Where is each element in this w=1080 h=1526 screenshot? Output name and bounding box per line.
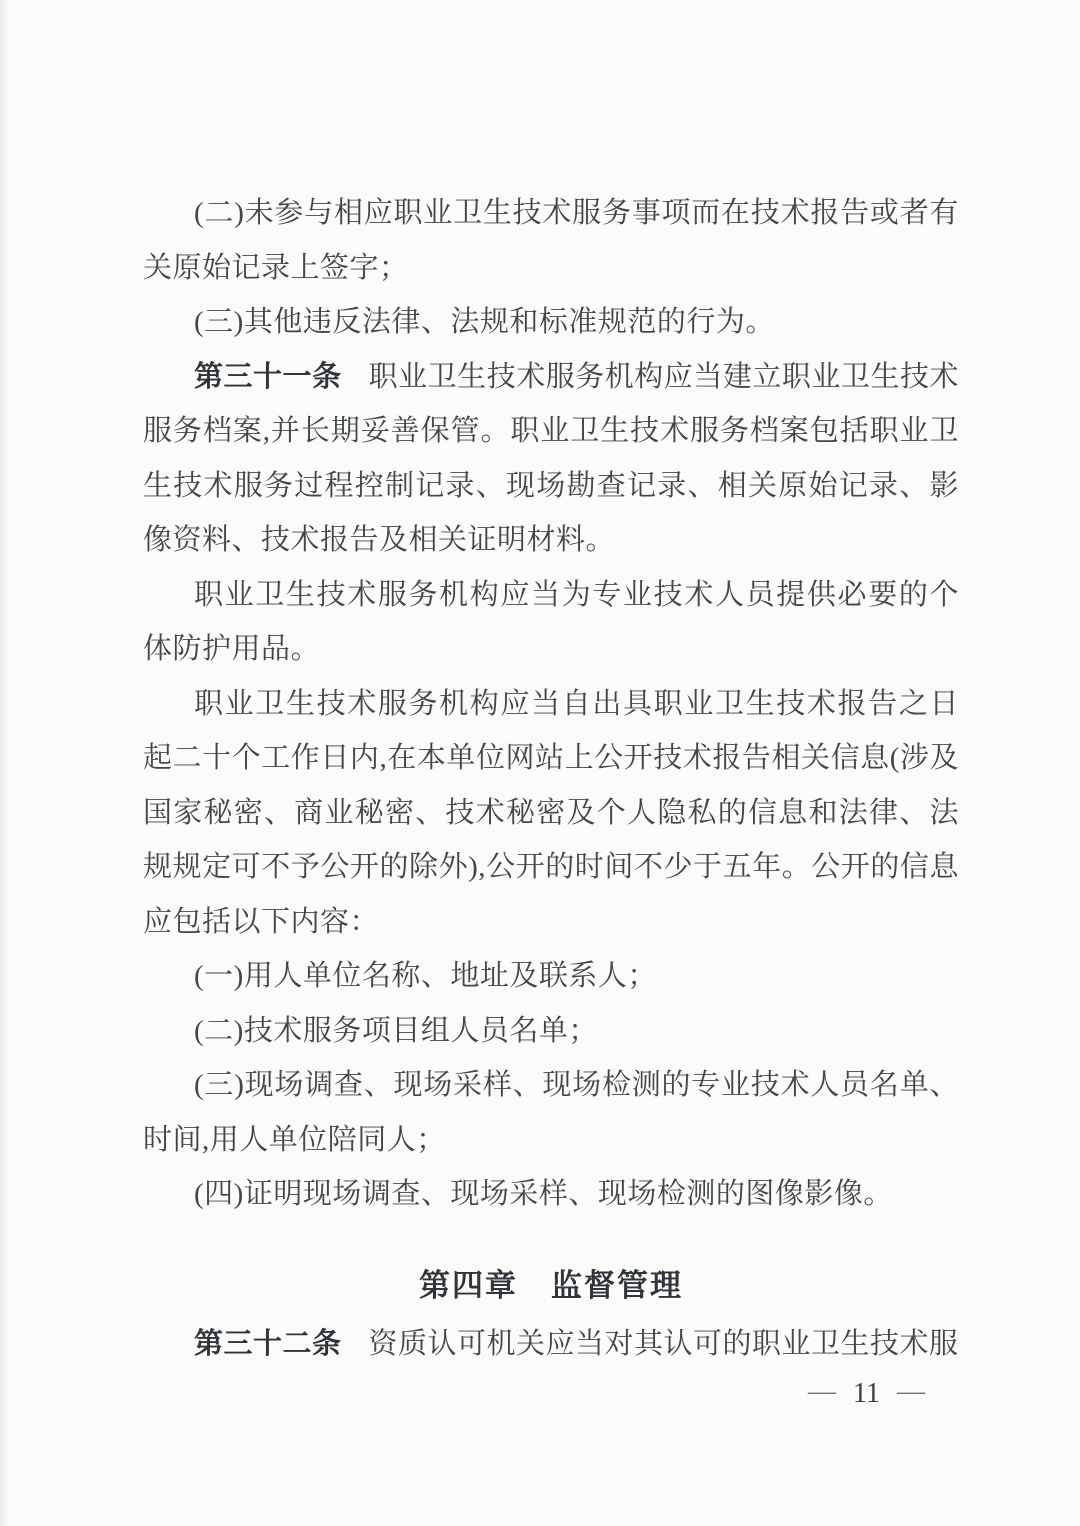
- paragraph: 职业卫生技术服务机构应当为专业技术人员提供必要的个体防护用品。: [143, 568, 959, 677]
- paragraph: 第三十一条职业卫生技术服务机构应当建立职业卫生技术服务档案,并长期妥善保管。职业…: [143, 350, 959, 568]
- paragraph: (三)其他违反法律、法规和标准规范的行为。: [143, 295, 959, 350]
- paragraph: (三)现场调查、现场采样、现场检测的专业技术人员名单、时间,用人单位陪同人；: [143, 1058, 959, 1167]
- footer-dash-left: —: [808, 1376, 836, 1408]
- paragraph: (二)技术服务项目组人员名单；: [143, 1004, 959, 1059]
- page-number: 11: [853, 1378, 880, 1410]
- article-number: 第三十一条: [194, 361, 342, 393]
- page-footer: — 11 —: [808, 1378, 925, 1410]
- chapter-heading: 第四章 监督管理: [143, 1259, 959, 1314]
- paragraph: (二)未参与相应职业卫生技术服务事项而在技术报告或者有关原始记录上签字；: [143, 186, 959, 295]
- footer-dash-right: —: [897, 1376, 925, 1408]
- paragraph: 第三十二条资质认可机关应当对其认可的职业卫生技术服: [143, 1317, 959, 1372]
- paragraph: (四)证明现场调查、现场采样、现场检测的图像影像。: [143, 1167, 959, 1222]
- paragraph-text: (二)技术服务项目组人员名单；: [194, 1015, 598, 1047]
- article-number: 第三十二条: [194, 1328, 342, 1360]
- paragraph-text: (三)现场调查、现场采样、现场检测的专业技术人员名单、时间,用人单位陪同人；: [143, 1069, 959, 1156]
- paragraph-text: (四)证明现场调查、现场采样、现场检测的图像影像。: [194, 1178, 893, 1210]
- document-page: (二)未参与相应职业卫生技术服务事项而在技术报告或者有关原始记录上签字；(三)其…: [0, 0, 1080, 1526]
- paragraph-text: (三)其他违反法律、法规和标准规范的行为。: [194, 306, 775, 338]
- paragraph-text: 职业卫生技术服务机构应当自出具职业卫生技术报告之日起二十个工作日内,在本单位网站…: [143, 688, 959, 938]
- paragraph: (一)用人单位名称、地址及联系人；: [143, 949, 959, 1004]
- document-body: (二)未参与相应职业卫生技术服务事项而在技术报告或者有关原始记录上签字；(三)其…: [143, 186, 959, 1372]
- paragraph-text: 职业卫生技术服务机构应当为专业技术人员提供必要的个体防护用品。: [143, 579, 959, 666]
- paragraph: 职业卫生技术服务机构应当自出具职业卫生技术报告之日起二十个工作日内,在本单位网站…: [143, 677, 959, 950]
- paragraph-text: (二)未参与相应职业卫生技术服务事项而在技术报告或者有关原始记录上签字；: [143, 197, 959, 284]
- paragraph-text: (一)用人单位名称、地址及联系人；: [194, 960, 657, 992]
- paragraph-text: 资质认可机关应当对其认可的职业卫生技术服: [369, 1328, 959, 1360]
